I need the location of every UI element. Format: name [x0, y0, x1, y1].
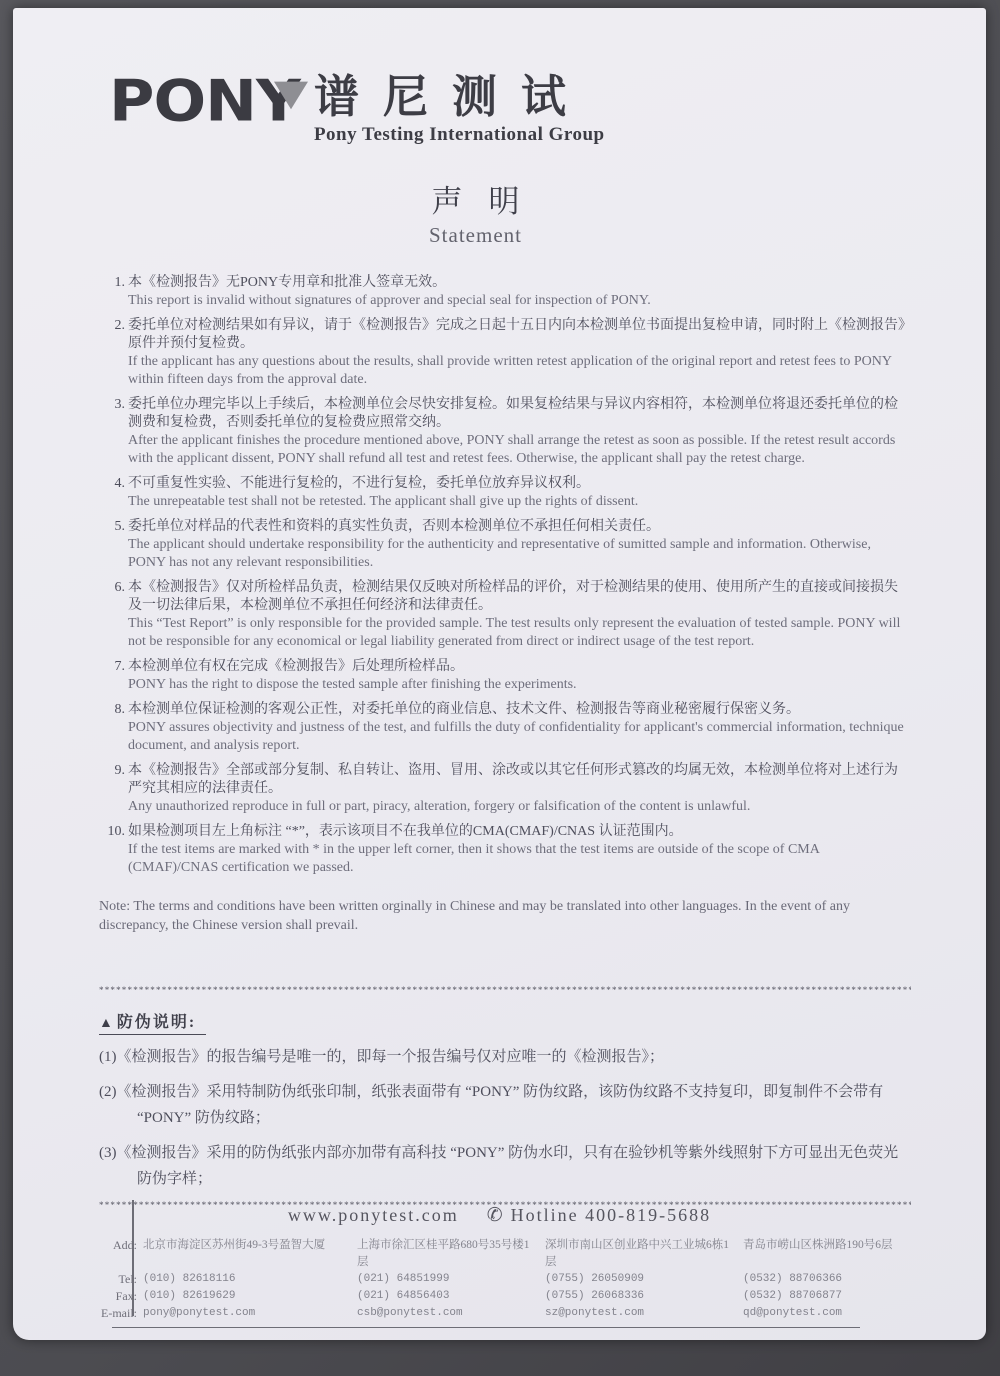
statement-item: 5. 委托单位对样品的代表性和资料的真实性负责，否则本检测单位不承担任何相关责任… — [99, 518, 911, 572]
item-text-zh: 如果检测项目左上角标注 “*”，表示该项目不在我单位的CMA(CMAF)/CNA… — [128, 823, 911, 841]
statement-item: 3. 委托单位办理完毕以上手续后，本检测单位会尽快安排复检。如果复检结果与异议内… — [99, 396, 911, 468]
phone-icon: ✆ — [487, 1205, 505, 1226]
office-fax-qingdao: (0532) 88706877 — [743, 1288, 913, 1305]
item-number: 2. — [99, 317, 128, 389]
office-email-shenzhen[interactable]: sz@ponytest.com — [545, 1305, 737, 1322]
office-email-qingdao[interactable]: qd@ponytest.com — [743, 1305, 913, 1322]
item-text-zh: 不可重复性实验、不能进行复检的，不进行复检，委托单位放弃异议权利。 — [128, 475, 911, 493]
header: PONY 谱尼测试 Pony Testing International Gro… — [109, 72, 986, 146]
item-number: 8. — [99, 701, 128, 755]
item-number: 3. — [99, 396, 128, 468]
antifake-section: ****************************************… — [99, 985, 911, 1210]
footer: www.ponytest.com✆Hotline 400-819-5688 Ad… — [13, 1204, 986, 1329]
document-paper: PONY 谱尼测试 Pony Testing International Gro… — [13, 8, 986, 1340]
statement-item: 4. 不可重复性实验、不能进行复检的，不进行复检，委托单位放弃异议权利。 The… — [99, 475, 911, 511]
antifake-item-number: (1) — [99, 1049, 117, 1065]
item-number: 4. — [99, 475, 128, 511]
antifake-item-text: 《检测报告》采用特制防伪纸张印制，纸张表面带有 “PONY” 防伪纹路，该防伪纹… — [117, 1084, 884, 1126]
office-address-shanghai: 上海市徐汇区桂平路680号35号楼1层 — [357, 1237, 539, 1271]
antifake-item: (2)《检测报告》采用特制防伪纸张印制，纸张表面带有 “PONY” 防伪纹路，该… — [99, 1079, 911, 1131]
item-text-zh: 本检测单位保证检测的客观公正性，对委托单位的商业信息、技术文件、检测报告等商业秘… — [128, 701, 911, 719]
office-email-beijing[interactable]: pony@ponytest.com — [143, 1305, 351, 1322]
item-text-en: This report is invalid without signature… — [128, 292, 911, 310]
website-link[interactable]: www.ponytest.com — [288, 1205, 459, 1225]
item-text-zh: 本《检测报告》全部或部分复制、私自转让、盗用、冒用、涂改或以其它任何形式篡改的均… — [128, 762, 911, 798]
item-number: 7. — [99, 658, 128, 694]
statement-title-english: Statement — [0, 223, 962, 248]
antifake-item-number: (2) — [99, 1084, 117, 1100]
office-fax-beijing: (010) 82619629 — [143, 1288, 351, 1305]
antifake-item: (1)《检测报告》的报告编号是唯一的，即每一个报告编号仅对应唯一的《检测报告》； — [99, 1044, 911, 1070]
scanned-page-background: PONY 谱尼测试 Pony Testing International Gro… — [0, 0, 1000, 1376]
label-email: E-mail: — [79, 1305, 137, 1322]
item-text-zh: 委托单位对样品的代表性和资料的真实性负责，否则本检测单位不承担任何相关责任。 — [128, 518, 911, 536]
item-text-en: The applicant should undertake responsib… — [128, 536, 911, 572]
brand-block: 谱尼测试 Pony Testing International Group — [314, 72, 605, 146]
pony-logo: PONY — [109, 74, 300, 127]
brand-name-english: Pony Testing International Group — [314, 124, 605, 146]
office-fax-shenzhen: (0755) 26068336 — [545, 1288, 737, 1305]
office-email-shanghai[interactable]: csb@ponytest.com — [357, 1305, 539, 1322]
antifake-item-text: 《检测报告》采用的防伪纸张内部亦加带有高科技 “PONY” 防伪水印，只有在验钞… — [117, 1145, 899, 1187]
office-address-shenzhen: 深圳市南山区创业路中兴工业城6栋1层 — [545, 1237, 737, 1271]
item-text-en: This “Test Report” is only responsible f… — [128, 615, 911, 651]
office-address-qingdao: 青岛市崂山区株洲路190号6层 — [743, 1237, 913, 1271]
item-text-zh: 本《检测报告》仅对所检样品负责，检测结果仅反映对所检样品的评价，对于检测结果的使… — [128, 579, 911, 615]
item-text-en: Any unauthorized reproduce in full or pa… — [128, 798, 911, 816]
antifake-heading: ▲ 防伪说明: — [99, 1009, 206, 1035]
pony-logo-text: PONY — [109, 67, 300, 134]
office-tel-shanghai: (021) 64851999 — [357, 1271, 539, 1288]
item-number: 6. — [99, 579, 128, 651]
label-add: Add: — [79, 1237, 137, 1271]
footer-vertical-rule — [132, 1200, 134, 1316]
footer-contact-line: www.ponytest.com✆Hotline 400-819-5688 — [13, 1204, 986, 1227]
statement-item: 8. 本检测单位保证检测的客观公正性，对委托单位的商业信息、技术文件、检测报告等… — [99, 701, 911, 755]
item-text-en: After the applicant finishes the procedu… — [128, 432, 911, 468]
office-tel-shenzhen: (0755) 26050909 — [545, 1271, 737, 1288]
item-number: 1. — [99, 274, 128, 310]
hotline-text: Hotline 400-819-5688 — [511, 1205, 711, 1225]
item-number: 10. — [99, 823, 128, 877]
statement-item: 10. 如果检测项目左上角标注 “*”，表示该项目不在我单位的CMA(CMAF)… — [99, 823, 911, 877]
office-address-beijing: 北京市海淀区苏州街49-3号盈智大厦 — [143, 1237, 351, 1271]
item-number: 9. — [99, 762, 128, 816]
item-number: 5. — [99, 518, 128, 572]
item-text-en: PONY has the right to dispose the tested… — [128, 676, 911, 694]
triangle-icon: ▲ — [99, 1016, 113, 1031]
office-tel-beijing: (010) 82618116 — [143, 1271, 351, 1288]
office-tel-qingdao: (0532) 88706366 — [743, 1271, 913, 1288]
pony-logo-triangle-icon — [274, 82, 308, 110]
label-tel: Tel: — [79, 1271, 137, 1288]
item-text-en: The unrepeatable test shall not be retes… — [128, 493, 911, 511]
item-text-en: PONY assures objectivity and justness of… — [128, 719, 911, 755]
statement-item: 2. 委托单位对检测结果如有异议，请于《检测报告》完成之日起十五日内向本检测单位… — [99, 317, 911, 389]
item-text-zh: 本检测单位有权在完成《检测报告》后处理所检样品。 — [128, 658, 911, 676]
asterisk-separator-top: ****************************************… — [99, 985, 911, 995]
item-text-en: If the applicant has any questions about… — [128, 353, 911, 389]
antifake-item-number: (3) — [99, 1145, 117, 1161]
brand-name-chinese: 谱尼测试 — [314, 72, 605, 122]
antifake-item: (3)《检测报告》采用的防伪纸张内部亦加带有高科技 “PONY” 防伪水印，只有… — [99, 1140, 911, 1192]
statement-items: 1. 本《检测报告》无PONY专用章和批准人签章无效。 This report … — [99, 274, 911, 877]
item-text-en: If the test items are marked with * in t… — [128, 841, 911, 877]
note-paragraph: Note: The terms and conditions have been… — [99, 897, 899, 935]
label-fax: Fax: — [79, 1288, 137, 1305]
statement-item: 9. 本《检测报告》全部或部分复制、私自转让、盗用、冒用、涂改或以其它任何形式篡… — [99, 762, 911, 816]
statement-title-block: 声明 Statement — [0, 176, 962, 248]
footer-address-grid: Add: 北京市海淀区苏州街49-3号盈智大厦 上海市徐汇区桂平路680号35号… — [79, 1237, 986, 1322]
item-text-zh: 委托单位对检测结果如有异议，请于《检测报告》完成之日起十五日内向本检测单位书面提… — [128, 317, 911, 353]
item-text-zh: 本《检测报告》无PONY专用章和批准人签章无效。 — [128, 274, 911, 292]
office-fax-shanghai: (021) 64856403 — [357, 1288, 539, 1305]
statement-item: 6. 本《检测报告》仅对所检样品负责，检测结果仅反映对所检样品的评价，对于检测结… — [99, 579, 911, 651]
antifake-item-text: 《检测报告》的报告编号是唯一的，即每一个报告编号仅对应唯一的《检测报告》； — [117, 1049, 665, 1065]
statement-title-chinese: 声明 — [0, 176, 962, 221]
footer-horizontal-rule — [112, 1327, 860, 1329]
item-text-zh: 委托单位办理完毕以上手续后，本检测单位会尽快安排复检。如果复检结果与异议内容相符… — [128, 396, 911, 432]
statement-item: 1. 本《检测报告》无PONY专用章和批准人签章无效。 This report … — [99, 274, 911, 310]
antifake-heading-label: 防伪说明: — [117, 1014, 196, 1031]
statement-item: 7. 本检测单位有权在完成《检测报告》后处理所检样品。 PONY has the… — [99, 658, 911, 694]
